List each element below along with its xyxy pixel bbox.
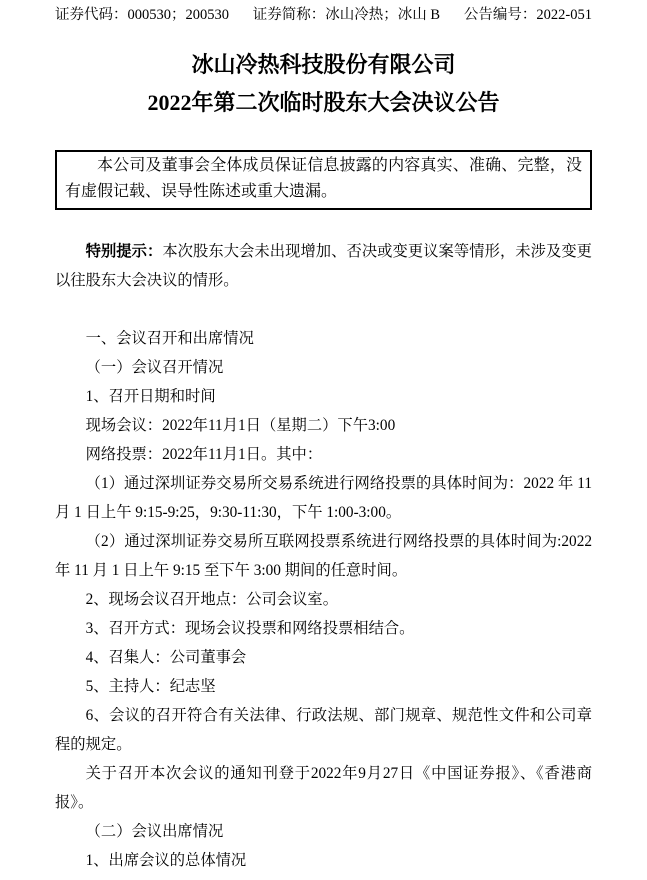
body-paragraph: 网络投票：2022年11月1日。其中： [55, 440, 592, 469]
body-paragraph: （1）通过深圳证券交易所交易系统进行网络投票的具体时间为：2022 年 11 月… [55, 469, 592, 527]
document-subtitle: 2022年第二次临时股东大会决议公告 [55, 89, 592, 117]
stock-code: 证券代码：000530；200530 [55, 6, 229, 24]
body-paragraph: 6、会议的召开符合有关法律、行政法规、部门规章、规范性文件和公司章程的规定。 [55, 701, 592, 759]
body-paragraph: （2）通过深圳证券交易所互联网投票系统进行网络投票的具体时间为:2022 年 1… [55, 527, 592, 585]
special-notice: 特别提示：本次股东大会未出现增加、否决或变更议案等情形，未涉及变更以往股东大会决… [55, 237, 592, 295]
special-notice-label: 特别提示： [86, 243, 163, 260]
body-paragraph: 2、现场会议召开地点：公司会议室。 [55, 585, 592, 614]
body-paragraph: 3、召开方式：现场会议投票和网络投票相结合。 [55, 614, 592, 643]
announcement-document: 证券代码：000530；200530 证券简称：冰山冷热；冰山 B 公告编号：2… [0, 0, 647, 880]
document-title: 冰山冷热科技股份有限公司 [55, 51, 592, 79]
document-header: 证券代码：000530；200530 证券简称：冰山冷热；冰山 B 公告编号：2… [55, 6, 592, 24]
body-paragraph: 关于召开本次会议的通知刊登于2022年9月27日《中国证券报》、《香港商报》。 [55, 759, 592, 817]
stock-short-name: 证券简称：冰山冷热；冰山 B [253, 6, 440, 24]
section-heading: 一、会议召开和出席情况 [55, 324, 592, 353]
subsection-heading: （二）会议出席情况 [55, 817, 592, 846]
document-body: 特别提示：本次股东大会未出现增加、否决或变更议案等情形，未涉及变更以往股东大会决… [55, 237, 592, 875]
subsection-heading: （一）会议召开情况 [55, 353, 592, 382]
disclaimer-box: 本公司及董事会全体成员保证信息披露的内容真实、准确、完整，没有虚假记载、误导性陈… [55, 150, 592, 210]
announcement-number: 公告编号：2022-051 [464, 6, 592, 24]
disclaimer-text: 本公司及董事会全体成员保证信息披露的内容真实、准确、完整，没有虚假记载、误导性陈… [65, 153, 582, 205]
body-paragraph: 1、召开日期和时间 [55, 382, 592, 411]
body-paragraph: 1、出席会议的总体情况 [55, 846, 592, 875]
body-paragraph: 5、主持人：纪志坚 [55, 672, 592, 701]
body-paragraph: 4、召集人：公司董事会 [55, 643, 592, 672]
body-paragraph: 现场会议：2022年11月1日（星期二）下午3:00 [55, 411, 592, 440]
